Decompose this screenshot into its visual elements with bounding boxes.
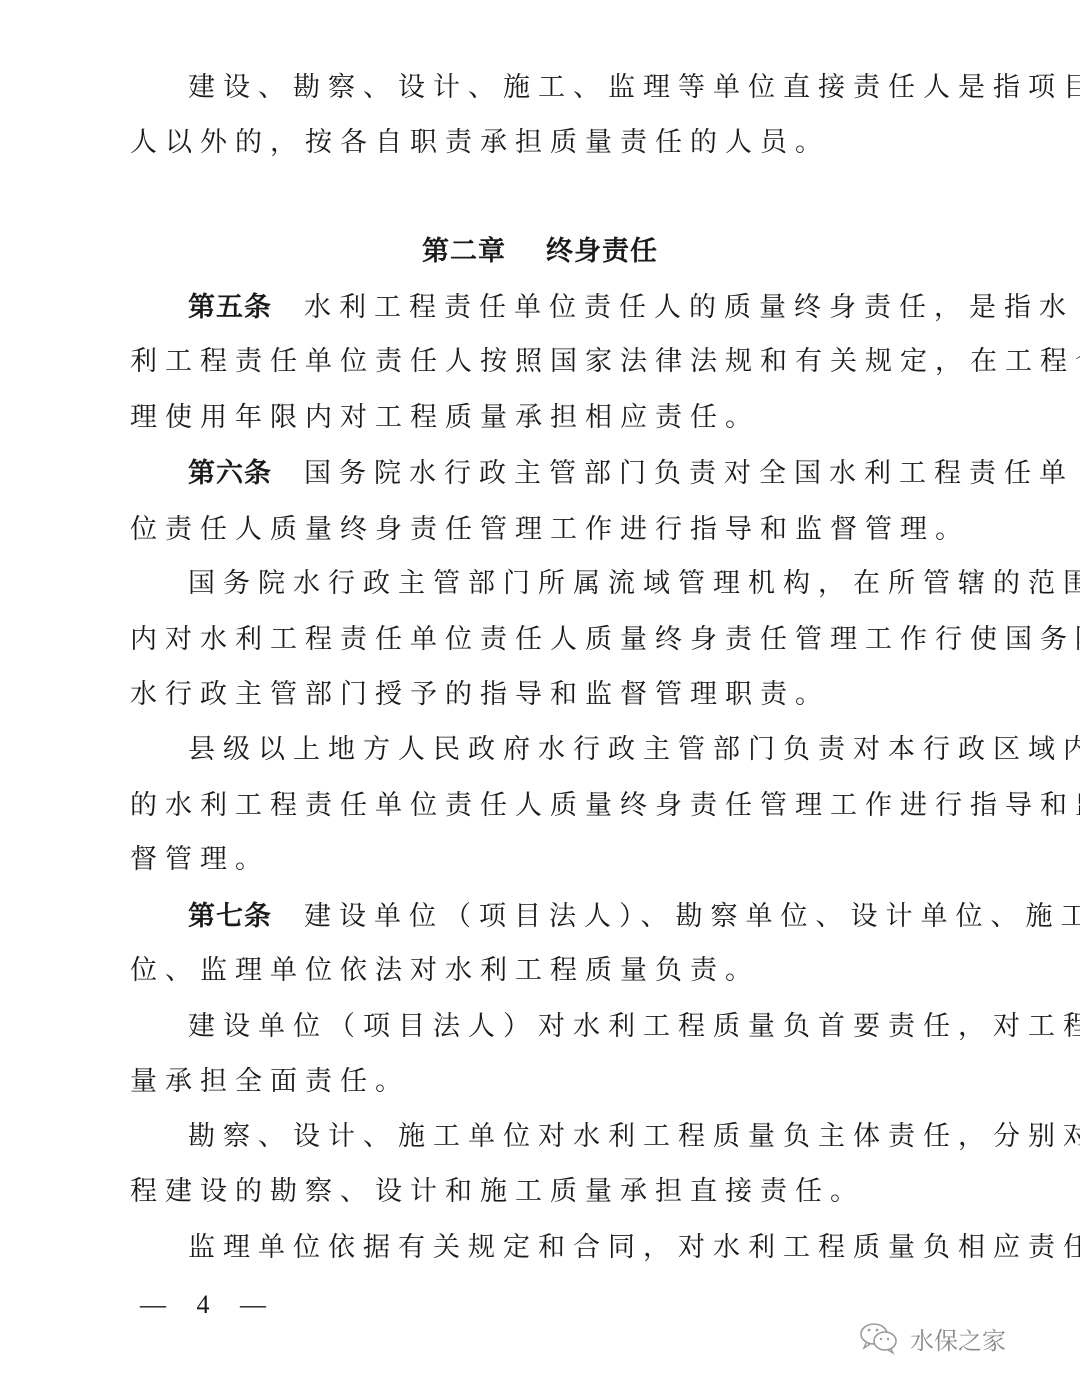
text-line: 水利工程责任单位责任人的质量终身责任，是指水 [304, 292, 1074, 323]
text-line: 量承担全面责任。 [130, 1062, 952, 1102]
text-line: 国务院水行政主管部门所属流域管理机构，在所管辖的范围 [188, 564, 952, 604]
text-line: 人以外的，按各自职责承担质量责任的人员。 [130, 123, 952, 163]
text-line: 理使用年限内对工程质量承担相应责任。 [130, 398, 952, 438]
chapter-heading: 第二章终身责任 [0, 232, 1080, 272]
text-line: 利工程责任单位责任人按照国家法律法规和有关规定，在工程合 [130, 342, 952, 382]
chapter-title: 终身责任 [546, 236, 658, 267]
article-line: 第六条国务院水行政主管部门负责对全国水利工程责任单 [188, 454, 952, 494]
watermark: 水保之家 [858, 1320, 1006, 1356]
text-line: 位责任人质量终身责任管理工作进行指导和监督管理。 [130, 510, 952, 550]
text-line: 县级以上地方人民政府水行政主管部门负责对本行政区域内 [188, 730, 952, 770]
text-line: 建设单位（项目法人）、勘察单位、设计单位、施工单 [304, 901, 1080, 932]
text-line: 国务院水行政主管部门负责对全国水利工程责任单 [304, 458, 1074, 489]
article-label: 第六条 [188, 458, 272, 489]
text-line: 勘察、设计、施工单位对水利工程质量负主体责任，分别对工 [188, 1117, 952, 1157]
text-line: 建设、勘察、设计、施工、监理等单位直接责任人是指项目负责 [188, 68, 952, 108]
text-line: 建设单位（项目法人）对水利工程质量负首要责任，对工程质 [188, 1007, 952, 1047]
article-line: 第五条水利工程责任单位责任人的质量终身责任，是指水 [188, 288, 952, 328]
text-line: 程建设的勘察、设计和施工质量承担直接责任。 [130, 1172, 952, 1212]
text-line: 的水利工程责任单位责任人质量终身责任管理工作进行指导和监 [130, 786, 952, 826]
article-line: 第七条建设单位（项目法人）、勘察单位、设计单位、施工单 [188, 897, 952, 937]
text-line: 督管理。 [130, 840, 952, 880]
text-line: 监理单位依据有关规定和合同，对水利工程质量负相应责任。 [188, 1228, 952, 1268]
text-line: 内对水利工程责任单位责任人质量终身责任管理工作行使国务院 [130, 620, 952, 660]
text-line: 水行政主管部门授予的指导和监督管理职责。 [130, 675, 952, 715]
article-label: 第七条 [188, 901, 272, 932]
text-line: 位、监理单位依法对水利工程质量负责。 [130, 951, 952, 991]
wechat-icon [858, 1321, 902, 1355]
chapter-number: 第二章 [422, 236, 506, 267]
watermark-text: 水保之家 [910, 1321, 1006, 1356]
article-label: 第五条 [188, 292, 272, 323]
page-number: — 4 — [140, 1288, 278, 1322]
